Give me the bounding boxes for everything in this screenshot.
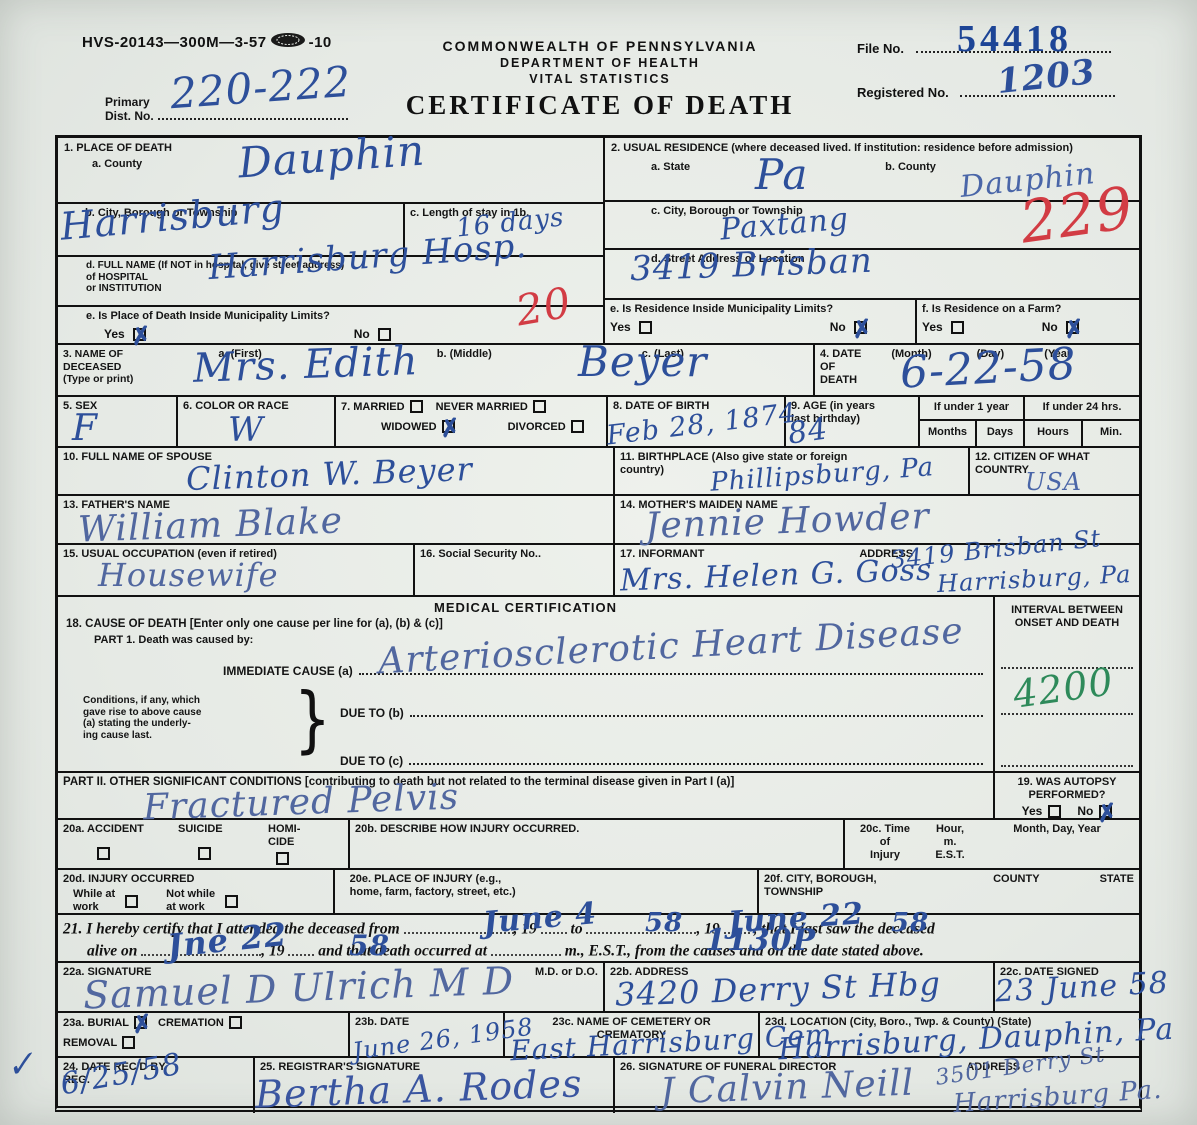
field-2f-yes-checkbox [951, 321, 964, 334]
file-no-label: File No. [857, 41, 904, 56]
field-10-label: 10. FULL NAME OF SPOUSE [63, 451, 608, 464]
field-1e-yes-checkbox [133, 328, 146, 341]
field-2a-label: a. State [651, 161, 690, 174]
department-line: DEPARTMENT OF HEALTH [370, 56, 830, 70]
field-1e-yes-label: Yes [104, 327, 125, 341]
header-right: File No. 54418 Registered No. 1203 [857, 40, 1157, 128]
field-10-spouse: 10. FULL NAME OF SPOUSE Clinton W. Beyer [58, 448, 613, 494]
field-14-mother: 14. MOTHER'S MAIDEN NAME Jennie Howder [613, 496, 1139, 543]
field-20c-time-of-injury: 20c. Time of Injury Hour, m. E.S.T. Mont… [843, 820, 1139, 868]
field-13-father: 13. FATHER'S NAME William Blake [58, 496, 613, 543]
field-7-married-checkbox [410, 400, 423, 413]
field-1c-label: c. Length of stay in 1b. [410, 207, 598, 220]
field-20a-accident-checkbox [97, 847, 110, 860]
row-name-dod: 3. NAME OF DECEASED (Type or print) a. (… [58, 343, 1139, 395]
field-16-ssn: 16. Social Security No.. [413, 545, 613, 595]
field-23b-date: 23b. DATE June 26, 1958 [348, 1013, 503, 1056]
field-24-date-received: 24. DATE REC'D BY REG. 6/25/58 [58, 1058, 253, 1113]
field-3-title: 3. NAME OF DECEASED (Type or print) [63, 348, 133, 386]
field-8-date-of-birth: 8. DATE OF BIRTH Feb 28, 1874 [606, 397, 784, 446]
field-20d-while-checkbox [125, 895, 138, 908]
certify-text-1: 21. I hereby certify that I attended the… [63, 921, 400, 938]
field-23d-location: 23d. LOCATION (City, Boro., Twp. & Count… [758, 1013, 1139, 1056]
field-26-funeral-director: 26. SIGNATURE OF FUNERAL DIRECTOR ADDRES… [613, 1058, 1139, 1113]
field-22a-md-label: M.D. or D.O. [535, 966, 598, 979]
row-22: 22a. SIGNATURE M.D. or D.O. Samuel D Ulr… [58, 961, 1139, 1011]
field-3a-label: a. (First) [218, 348, 261, 386]
certificate-title: CERTIFICATE OF DEATH [370, 90, 830, 121]
row-medical-certification: MEDICAL CERTIFICATION 18. CAUSE OF DEATH… [58, 595, 1139, 771]
field-18-cause-of-death: MEDICAL CERTIFICATION 18. CAUSE OF DEATH… [58, 597, 993, 771]
days-label: Days [977, 421, 1025, 446]
field-9-age: 9. AGE (in years last birthday) 84 [784, 397, 918, 446]
row-spouse-birthplace-citizen: 10. FULL NAME OF SPOUSE Clinton W. Beyer… [58, 446, 1139, 494]
field-19-yes-checkbox [1048, 805, 1061, 818]
field-20a-suicide-label: SUICIDE [178, 823, 268, 836]
row-20abc: 20a. ACCIDENT SUICIDE HOMI- CIDE 20b. DE… [58, 818, 1139, 868]
field-19-no-checkbox [1099, 805, 1112, 818]
field-20a-accident-label: 20a. ACCIDENT [63, 823, 178, 836]
field-1d-label: d. FULL NAME (If NOT in hospital, give s… [86, 260, 597, 295]
field-23c-label: 23c. NAME OF CEMETERY OR CREMATORY [510, 1016, 753, 1042]
field-4-date-of-death: 4. DATE OF DEATH (Month) (Day) (Year 6-2… [813, 345, 1139, 395]
field-15-label: 15. USUAL OCCUPATION (even if retired) [63, 548, 408, 561]
field-20d-notwhile-label: Not while at work [166, 888, 215, 914]
row-occupation-ssn-informant: 15. USUAL OCCUPATION (even if retired) H… [58, 543, 1139, 595]
field-20f-label: 20f. CITY, BOROUGH, TOWNSHIP [764, 873, 938, 899]
field-23c-cemetery: 23c. NAME OF CEMETERY OR CREMATORY East … [503, 1013, 758, 1056]
field-23d-label: 23d. LOCATION (City, Boro., Twp. & Count… [765, 1016, 1134, 1029]
field-5-value: F [72, 411, 98, 447]
immediate-cause-line [359, 659, 983, 675]
field-20c-time-label: 20c. Time of Injury [850, 823, 920, 863]
row-part2-autopsy: PART II. OTHER SIGNIFICANT CONDITIONS [c… [58, 771, 1139, 818]
field-17-value: Mrs. Helen G. Goss [620, 556, 933, 597]
field-18-label: 18. CAUSE OF DEATH [Enter only one cause… [66, 618, 993, 632]
due-to-c-line [409, 749, 983, 765]
interval-column: INTERVAL BETWEEN ONSET AND DEATH 4200 [993, 597, 1139, 771]
part2-conditions: PART II. OTHER SIGNIFICANT CONDITIONS [c… [58, 773, 993, 818]
certify-text-4: , 19 [696, 921, 719, 938]
field-1a-label: a. County [92, 158, 597, 171]
row-place-residence: 1. PLACE OF DEATH a. County b. City, Bor… [58, 138, 1139, 343]
field-7-widowed-label: WIDOWED [381, 421, 437, 433]
field-20d-injury-occurred: 20d. INJURY OCCURRED While at work Not w… [58, 870, 333, 913]
conditions-label: Conditions, if any, which gave rise to a… [83, 695, 298, 741]
field-7-marital-status: 7. MARRIED NEVER MARRIED WIDOWED DIVORCE… [334, 397, 606, 446]
field-22a-signature: 22a. SIGNATURE M.D. or D.O. Samuel D Ulr… [58, 963, 603, 1011]
min-label: Min. [1083, 421, 1139, 446]
field-4-title: 4. DATE OF DEATH [820, 348, 861, 388]
field-2e-no-checkbox [854, 321, 867, 334]
field-20f-county-label: COUNTY [993, 873, 1039, 899]
header: HVS-20143—300M—3-57 -10 Primary Dist. No… [0, 0, 1197, 135]
field-1e-label: e. Is Place of Death Inside Municipality… [86, 310, 597, 323]
row-24-26: 24. DATE REC'D BY REG. 6/25/58 25. REGIS… [58, 1056, 1139, 1113]
field-6-color-race: 6. COLOR OR RACE W [176, 397, 334, 446]
field-20c-mdy-label: Month, Day, Year [980, 823, 1134, 863]
field-2-usual-residence: 2. USUAL RESIDENCE (where deceased lived… [603, 138, 1139, 343]
due-to-b-label: DUE TO (b) [340, 706, 404, 720]
field-20e-label: 20e. PLACE OF INJURY (e.g., home, farm, … [350, 873, 752, 899]
certify-text-7: , 19 [261, 943, 284, 960]
form-number-text: HVS-20143—300M—3-57 [82, 34, 267, 51]
field-23a-removal-checkbox [122, 1036, 135, 1049]
row-23: 23a. BURIAL CREMATION REMOVAL 23b. DATE … [58, 1011, 1139, 1056]
field-15-occupation: 15. USUAL OCCUPATION (even if retired) H… [58, 545, 413, 595]
field-7-married-label: 7. MARRIED [341, 401, 405, 413]
field-25-label: 25. REGISTRAR'S SIGNATURE [260, 1061, 608, 1074]
field-6-value: W [228, 413, 264, 447]
certify-text-8: and that death occurred at [318, 943, 487, 960]
field-20b-describe-injury: 20b. DESCRIBE HOW INJURY OCCURRED. [348, 820, 843, 868]
registered-no-label: Registered No. [857, 85, 949, 100]
field-26-address-value2: Harrisburg Pa. [952, 1077, 1163, 1118]
field-7-divorced-checkbox [571, 420, 584, 433]
field-20f-city-county-state: 20f. CITY, BOROUGH, TOWNSHIP COUNTY STAT… [757, 870, 1139, 913]
field-17-label: 17. INFORMANT [620, 548, 704, 561]
field-20f-state-label: STATE [1100, 873, 1134, 899]
field-19-no-label: No [1077, 804, 1093, 818]
field-4-year-label: (Year [1044, 348, 1071, 388]
certify-text-3: to [571, 921, 583, 938]
due-to-c-label: DUE TO (c) [340, 754, 403, 768]
brace-glyph: } [294, 677, 331, 762]
field-1-title: 1. PLACE OF DEATH [64, 142, 597, 155]
field-20d-while-label: While at work [73, 888, 115, 914]
part2-label: PART II. OTHER SIGNIFICANT CONDITIONS [c… [63, 776, 988, 790]
part1-label: PART 1. Death was caused by: [94, 634, 993, 647]
field-22a-label: 22a. SIGNATURE [63, 966, 151, 979]
field-5-sex: 5. SEX F [58, 397, 176, 446]
commonwealth-line: COMMONWEALTH OF PENNSYLVANIA [370, 38, 830, 54]
field-20a-homicide-label: HOMI- CIDE [268, 823, 300, 849]
field-9-label: 9. AGE (in years last birthday) [791, 400, 913, 426]
union-bug-suffix: -10 [309, 34, 332, 51]
field-20b-label: 20b. DESCRIBE HOW INJURY OCCURRED. [355, 823, 838, 836]
certify-text-2: , 19 [514, 921, 537, 938]
interval-line-a [1001, 667, 1133, 669]
field-2-title: 2. USUAL RESIDENCE (where deceased lived… [611, 142, 1131, 155]
interval-value: 4200 [1011, 662, 1116, 714]
field-20d-notwhile-checkbox [225, 895, 238, 908]
field-17-informant: 17. INFORMANT ADDRESS Mrs. Helen G. Goss… [613, 545, 1139, 595]
field-20c-hour-label: Hour, m. E.S.T. [920, 823, 980, 863]
field-19-autopsy: 19. WAS AUTOPSY PERFORMED? Yes No [993, 773, 1139, 818]
field-15-value: Housewife [98, 559, 279, 591]
field-7-widowed-checkbox [442, 420, 455, 433]
field-20d-label: 20d. INJURY OCCURRED [63, 873, 328, 886]
field-5-label: 5. SEX [63, 400, 171, 413]
field-13-label: 13. FATHER'S NAME [63, 499, 608, 512]
field-3c-label: c. (Last) [642, 348, 684, 386]
field-23a-removal-label: REMOVAL [63, 1037, 117, 1049]
field-2d-label: d. Street Address or Location [651, 253, 1133, 266]
field-22b-label: 22b. ADDRESS [610, 966, 988, 979]
file-no-row: File No. 54418 [857, 40, 1157, 56]
field-1e-no-checkbox [378, 328, 391, 341]
field-6-label: 6. COLOR OR RACE [183, 400, 329, 413]
field-23b-label: 23b. DATE [355, 1016, 498, 1029]
field-12-citizen: 12. CITIZEN OF WHAT COUNTRY USA [968, 448, 1139, 494]
field-23a-burial-cremation: 23a. BURIAL CREMATION REMOVAL [58, 1013, 348, 1056]
field-20a-accident-suicide-homicide: 20a. ACCIDENT SUICIDE HOMI- CIDE [58, 820, 348, 868]
field-4-day-label: (Day) [977, 348, 1005, 388]
field-25-registrar-signature: 25. REGISTRAR'S SIGNATURE Bertha A. Rode… [253, 1058, 613, 1113]
field-1-place-of-death: 1. PLACE OF DEATH a. County b. City, Bor… [58, 138, 603, 343]
field-11-label: 11. BIRTHPLACE (Also give state or forei… [620, 451, 860, 477]
primary-district: Primary Dist. No. 220-222 [105, 95, 348, 125]
field-9-under-table: If under 1 year If under 24 hrs. Months … [918, 397, 1139, 446]
margin-check-mark: ✓ [3, 1046, 38, 1085]
union-bug-icon [270, 32, 306, 52]
field-2f-yes-label: Yes [922, 320, 943, 334]
field-22b-address: 22b. ADDRESS 3420 Derry St Hbg [603, 963, 993, 1011]
file-no-line [916, 40, 1111, 53]
field-8-label: 8. DATE OF BIRTH [613, 400, 779, 413]
registered-no-line [960, 84, 1115, 97]
field-20e-place-of-injury: 20e. PLACE OF INJURY (e.g., home, farm, … [333, 870, 757, 913]
vital-statistics-line: VITAL STATISTICS [370, 72, 830, 86]
row-20def: 20d. INJURY OCCURRED While at work Not w… [58, 868, 1139, 913]
row-sex-race-marital-birth-age: 5. SEX F 6. COLOR OR RACE W 7. MARRIED N… [58, 395, 1139, 446]
medical-certification-title: MEDICAL CERTIFICATION [58, 597, 993, 616]
primary-district-label: Primary Dist. No. [105, 95, 154, 124]
field-19-yes-label: Yes [1022, 804, 1043, 818]
field-7-divorced-label: DIVORCED [508, 421, 566, 433]
field-16-label: 16. Social Security No.. [420, 548, 608, 561]
field-23a-cremation-checkbox [229, 1016, 242, 1029]
due-to-b-line [410, 701, 983, 717]
field-20a-homicide-checkbox [276, 852, 289, 865]
field-21-certification: 21. I hereby certify that I attended the… [58, 915, 1139, 961]
field-4-month-label: (Month) [891, 348, 931, 388]
certify-text-6: alive on [87, 943, 137, 960]
interval-label: INTERVAL BETWEEN ONSET AND DEATH [1000, 600, 1134, 630]
field-12-label: 12. CITIZEN OF WHAT COUNTRY [975, 451, 1134, 477]
row-21-certify: 21. I hereby certify that I attended the… [58, 913, 1139, 961]
field-26-address-label: ADDRESS [966, 1061, 1020, 1074]
field-17-address-value2: Harrisburg, Pa [937, 562, 1132, 596]
field-23a-burial-label: 23a. BURIAL [63, 1017, 129, 1029]
form-number: HVS-20143—300M—3-57 -10 [82, 32, 332, 52]
field-2e-yes-label: Yes [610, 320, 631, 334]
field-11-birthplace: 11. BIRTHPLACE (Also give state or forei… [613, 448, 968, 494]
field-2e-no-label: No [830, 320, 846, 334]
field-2f-label: f. Is Residence on a Farm? [922, 303, 1134, 316]
interval-line-c [1001, 765, 1133, 767]
field-7-never-label: NEVER MARRIED [436, 401, 528, 413]
field-3b-label: b. (Middle) [437, 348, 492, 386]
field-1e-no-label: No [354, 327, 370, 341]
death-certificate-page: HVS-20143—300M—3-57 -10 Primary Dist. No… [0, 0, 1197, 1125]
field-26-label: 26. SIGNATURE OF FUNERAL DIRECTOR [620, 1061, 836, 1074]
field-17-address-label: ADDRESS [859, 548, 913, 561]
field-22c-date-signed: 22c. DATE SIGNED 23 June 58 [993, 963, 1139, 1011]
field-22c-label: 22c. DATE SIGNED [1000, 966, 1134, 979]
primary-district-line [158, 104, 348, 120]
field-23a-burial-checkbox [134, 1016, 147, 1029]
hours-label: Hours [1025, 421, 1083, 446]
certificate-table: 1. PLACE OF DEATH a. County b. City, Bor… [55, 135, 1142, 1112]
registered-no-row: Registered No. 1203 [857, 84, 1157, 100]
field-2b-label: b. County [885, 161, 936, 174]
under-24-hrs-label: If under 24 hrs. [1025, 397, 1139, 419]
field-2f-no-label: No [1042, 320, 1058, 334]
field-23a-cremation-label: CREMATION [158, 1017, 224, 1029]
field-2f-no-checkbox [1066, 321, 1079, 334]
certify-text-9: m., E.S.T., from the causes and on the d… [565, 943, 924, 960]
field-20a-suicide-checkbox [198, 847, 211, 860]
immediate-cause-label: IMMEDIATE CAUSE (a) [223, 664, 353, 678]
field-14-label: 14. MOTHER'S MAIDEN NAME [620, 499, 1134, 512]
field-2e-yes-checkbox [639, 321, 652, 334]
months-label: Months [920, 421, 977, 446]
header-center: COMMONWEALTH OF PENNSYLVANIA DEPARTMENT … [370, 38, 830, 121]
certify-text-5: , that I last saw the deceased [753, 921, 934, 938]
field-3-name-of-deceased: 3. NAME OF DECEASED (Type or print) a. (… [58, 345, 813, 395]
field-24-label: 24. DATE REC'D BY REG. [63, 1061, 248, 1087]
row-father-mother: 13. FATHER'S NAME William Blake 14. MOTH… [58, 494, 1139, 543]
field-7-never-checkbox [533, 400, 546, 413]
field-1b-label: b. City, Borough or Township [85, 207, 398, 220]
under-1-year-label: If under 1 year [920, 397, 1025, 419]
interval-line-b [1001, 713, 1133, 715]
field-2c-label: c. City, Borough or Township [651, 205, 1133, 218]
